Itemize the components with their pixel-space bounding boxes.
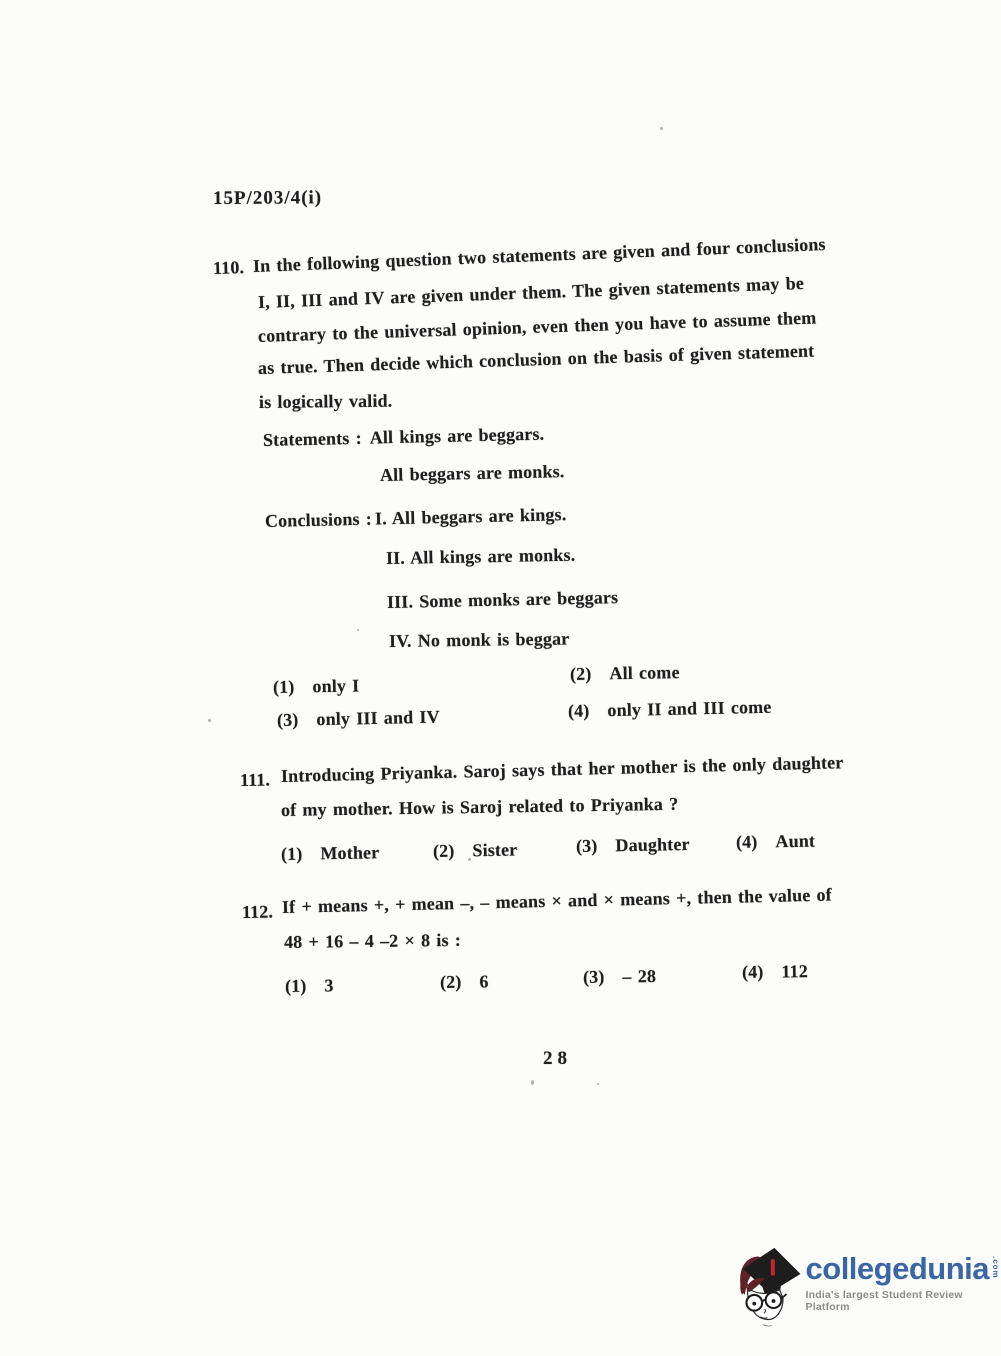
conclusion-4: IV. No monk is beggar — [389, 628, 570, 652]
option-text: Aunt — [775, 831, 815, 853]
option-text: 3 — [324, 975, 333, 996]
option-text: only I — [312, 675, 359, 697]
scan-speck — [660, 127, 663, 130]
collegedunia-logo: collegedunia .com India's largest Studen… — [736, 1240, 1000, 1335]
scan-speck — [531, 1080, 534, 1085]
option-text: Daughter — [615, 834, 690, 856]
statements-label: Statements : — [263, 428, 362, 451]
option-number: (2) — [433, 841, 455, 862]
brand-name: collegedunia — [806, 1253, 989, 1284]
option-number: (4) — [742, 962, 764, 983]
q112-line-2: 48 + 16 – 4 –2 × 8 is : — [284, 930, 461, 953]
scan-speck — [208, 719, 211, 722]
option-text: Sister — [472, 840, 517, 862]
q111-line-1: Introducing Priyanka. Saroj says that he… — [281, 752, 844, 787]
q111-line-2: of my mother. How is Saroj related to Pr… — [281, 794, 679, 821]
q110-line-2: I, II, III and IV are given under them. … — [258, 273, 805, 313]
conclusion-1: I. All beggars are kings. — [375, 504, 567, 529]
option-number: (3) — [583, 967, 605, 988]
q111-option-3: (3) Daughter — [576, 834, 690, 857]
q112-option-1: (1) 3 — [285, 975, 334, 997]
conclusion-3: III. Some monks are beggars — [387, 587, 619, 613]
option-text: 6 — [479, 971, 488, 992]
q110-conclusions-line-1: Conclusions : I. All beggars are kings. — [265, 504, 567, 532]
option-number: (1) — [285, 976, 307, 997]
q111-option-4: (4) Aunt — [736, 831, 815, 853]
q110-option-3: (3) only III and IV — [277, 707, 440, 731]
statement-1: All kings are beggars. — [370, 424, 545, 449]
q112-number: 112. — [242, 901, 273, 923]
option-text: Mother — [320, 842, 379, 864]
q110-option-4: (4) only II and III come — [568, 697, 772, 722]
option-number: (1) — [273, 677, 295, 698]
q110-statements-line-1: Statements : All kings are beggars. — [263, 424, 545, 451]
scan-speck — [357, 629, 359, 631]
q110-line-3: contrary to the universal opinion, even … — [258, 307, 817, 347]
option-text: – 28 — [622, 966, 656, 987]
option-number: (2) — [440, 972, 462, 993]
page-number: 28 — [543, 1048, 572, 1070]
brand-tld: .com — [991, 1256, 1000, 1279]
collegedunia-mascot-icon — [736, 1240, 801, 1335]
option-number: (3) — [277, 710, 299, 731]
option-text: All come — [609, 662, 680, 684]
brand-tagline: India's largest Student Review Platform — [806, 1289, 1000, 1313]
q110-line-1: In the following question two statements… — [253, 234, 826, 277]
q110-option-1: (1) only I — [273, 675, 360, 698]
option-text: only II and III come — [607, 697, 771, 721]
option-text: 112 — [781, 961, 808, 982]
q112-option-3: (3) – 28 — [583, 966, 656, 988]
scan-speck — [597, 1083, 599, 1085]
option-text: only III and IV — [316, 707, 440, 731]
brand-row: collegedunia .com — [806, 1253, 1000, 1284]
q110-option-2: (2) All come — [570, 662, 680, 685]
statement-2: All beggars are monks. — [380, 461, 565, 486]
paper-code: 15P/203/4(i) — [213, 187, 322, 210]
conclusions-label: Conclusions : — [265, 509, 372, 532]
collegedunia-logo-text: collegedunia .com India's largest Studen… — [806, 1240, 1000, 1335]
option-number: (2) — [570, 664, 592, 685]
q111-option-2: (2) Sister — [433, 840, 518, 862]
q111-option-1: (1) Mother — [281, 842, 380, 865]
scanned-exam-page: 15P/203/4(i) 110. In the following quest… — [0, 0, 1001, 1356]
option-number: (4) — [736, 832, 758, 853]
scan-speck — [468, 858, 471, 861]
q112-line-1: If + means +, + mean –, – means × and × … — [282, 885, 832, 918]
q112-option-4: (4) 112 — [742, 961, 808, 983]
q112-option-2: (2) 6 — [440, 971, 489, 993]
q110-line-4: as true. Then decide which conclusion on… — [258, 341, 815, 379]
option-number: (3) — [576, 836, 598, 857]
option-number: (1) — [281, 844, 303, 865]
q111-number: 111. — [240, 769, 270, 791]
conclusion-2: II. All kings are monks. — [386, 545, 576, 569]
option-number: (4) — [568, 701, 590, 722]
q110-line-5: is logically valid. — [259, 391, 393, 413]
q110-number: 110. — [213, 257, 245, 279]
